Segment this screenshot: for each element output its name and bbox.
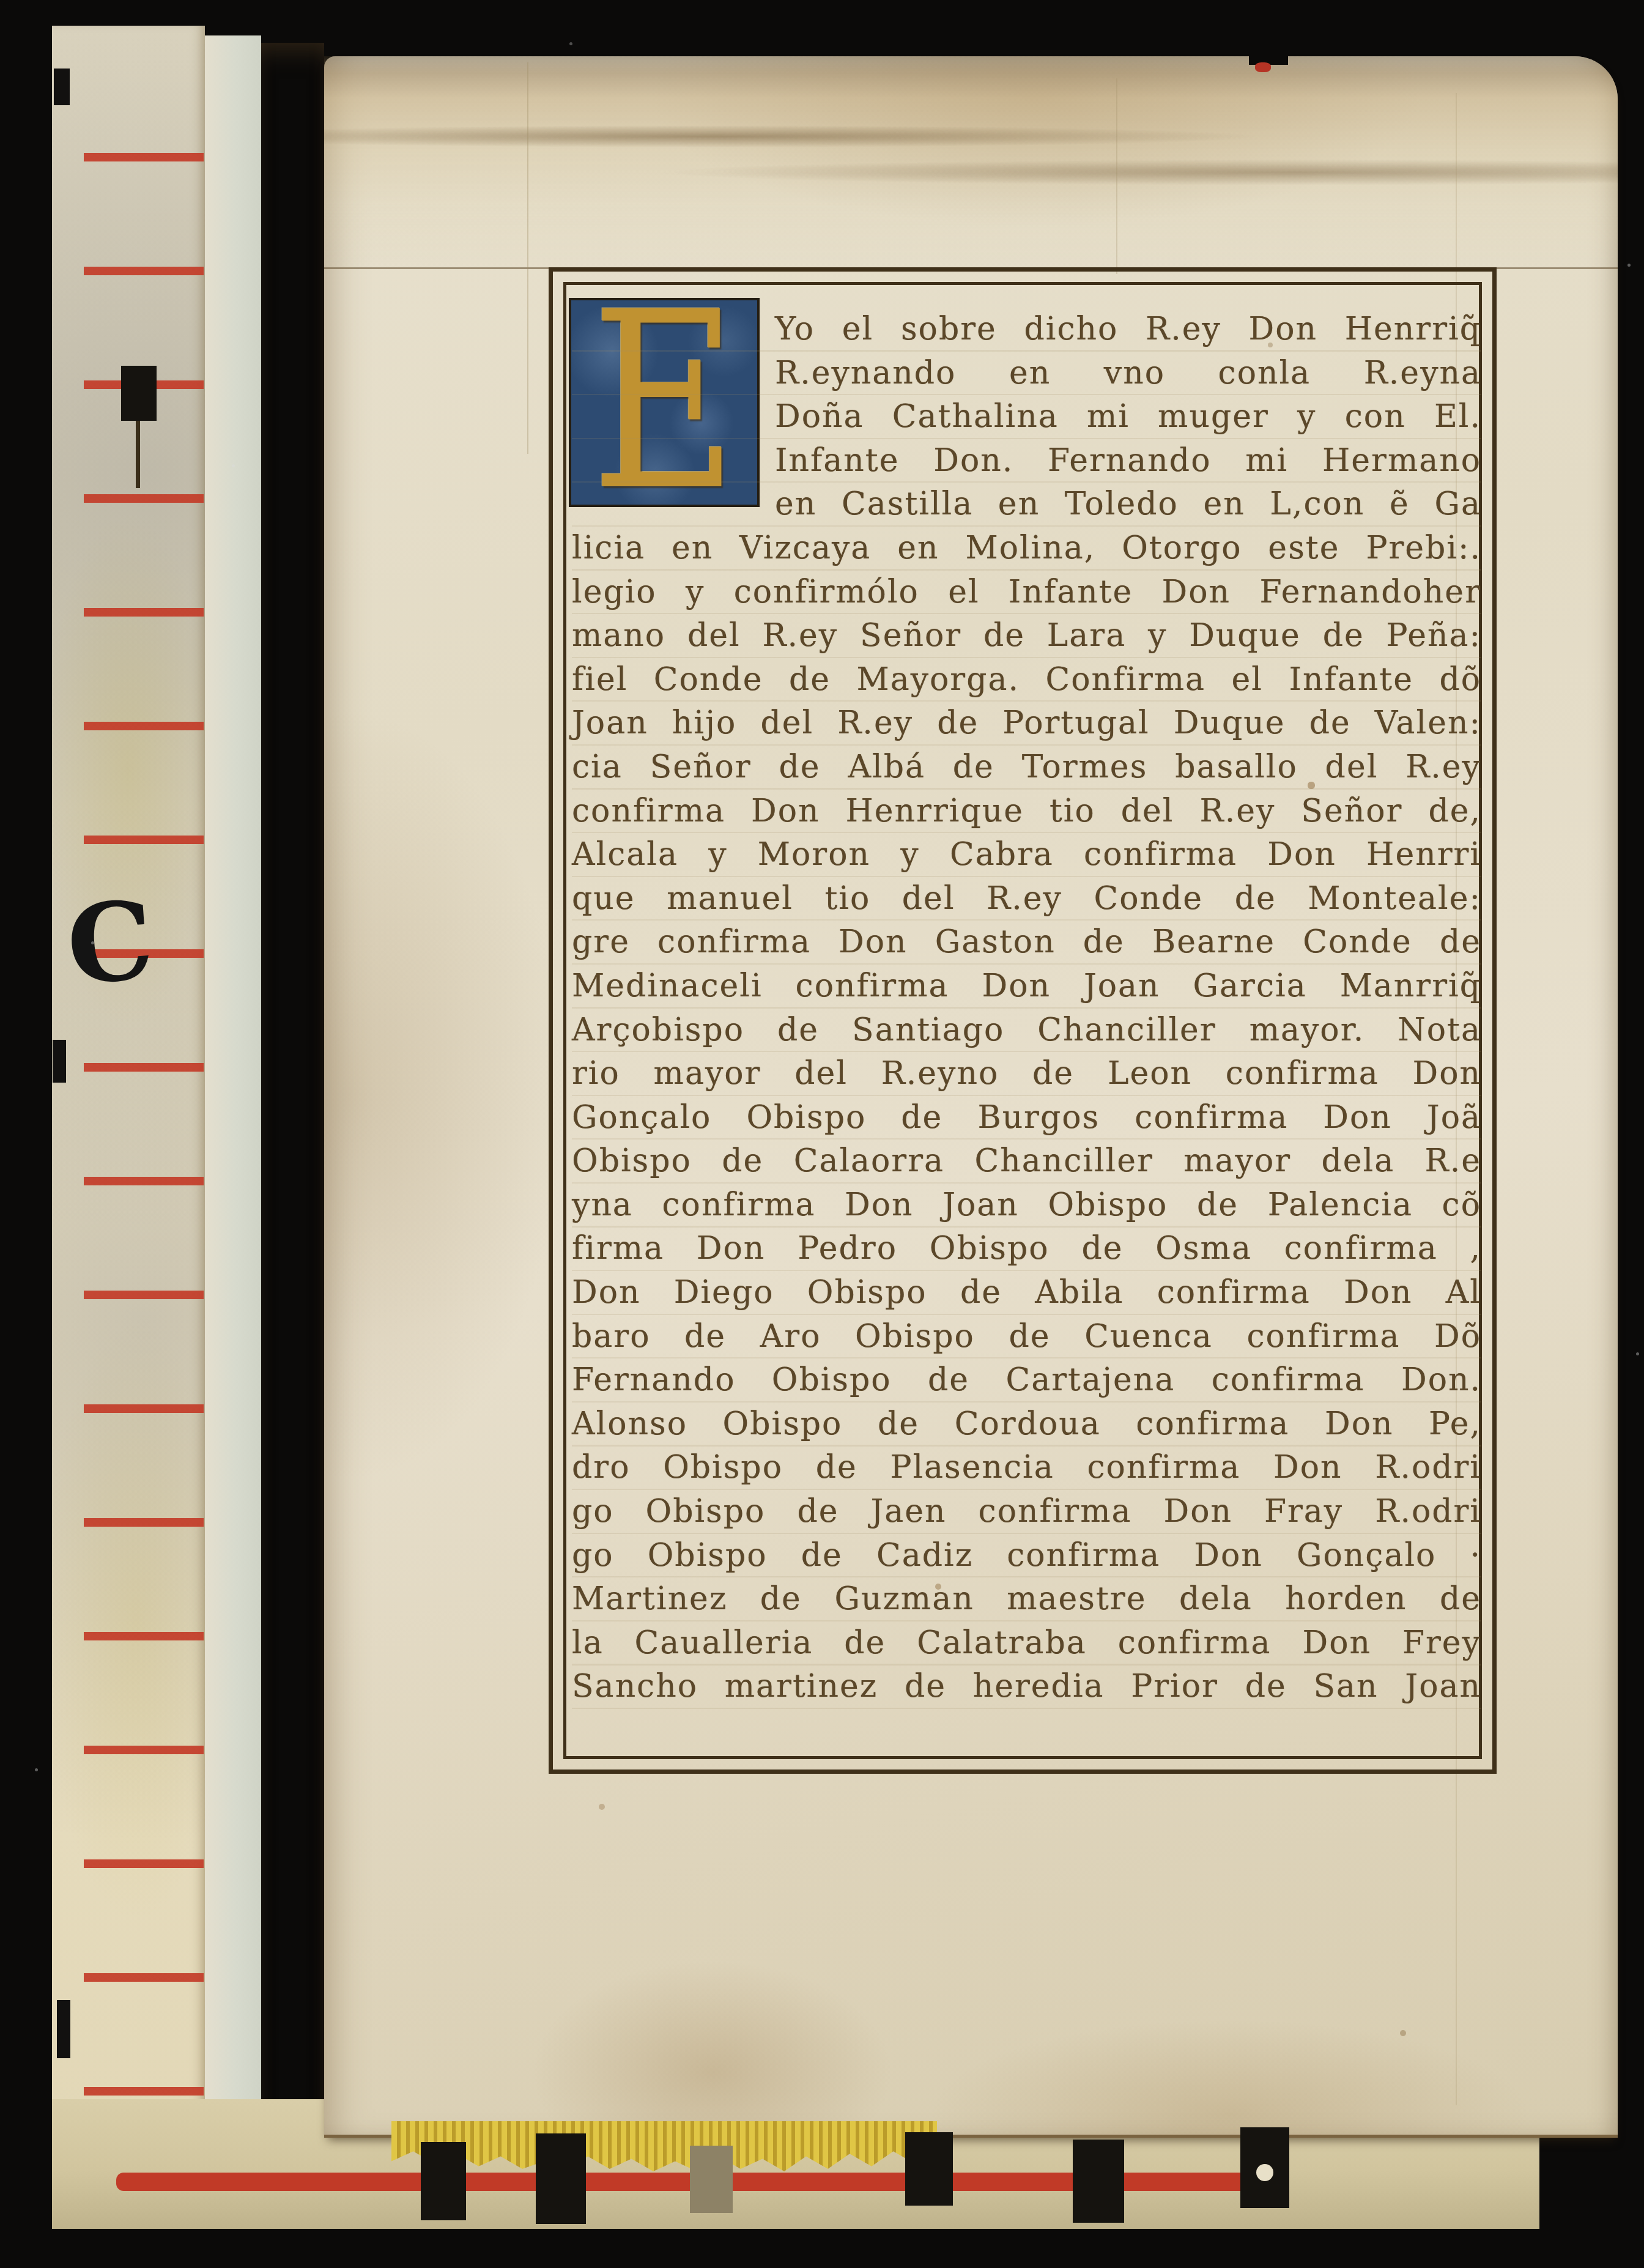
faded-neume-note: [690, 2146, 733, 2213]
text-line: Infante Don. Fernando mi Hermano: [572, 439, 1481, 483]
neume-note: [905, 2132, 953, 2206]
neume-note: [1240, 2127, 1289, 2208]
text-line: Joan hijo del R.ey de Portugal Duque de …: [572, 702, 1481, 746]
text-line: yna confirma Don Joan Obispo de Palencia…: [572, 1184, 1481, 1228]
dust-specks: [0, 0, 2, 2]
c-clef-glyph: C: [63, 876, 193, 1007]
text-line: gre confirma Don Gaston de Bearne Conde …: [572, 921, 1481, 965]
cropped-glyph-mark: [54, 69, 70, 105]
text-line: Arçobispo de Santiago Chanciller mayor. …: [572, 1009, 1481, 1053]
text-line: rio mayor del R.eyno de Leon confirma Do…: [572, 1052, 1481, 1096]
text-line: licia en Vizcaya en Molina, Otorgo este …: [572, 527, 1481, 571]
text-line: que manuel tio del R.ey Conde de Monteal…: [572, 877, 1481, 921]
text-line: Medinaceli confirma Don Joan Garcia Manr…: [572, 965, 1481, 1009]
note-void-dot: [1256, 2164, 1273, 2181]
text-line: Fernando Obispo de Cartajena confirma Do…: [572, 1358, 1481, 1403]
text-line: Obispo de Calaorra Chanciller mayor dela…: [572, 1140, 1481, 1184]
text-line: go Obispo de Jaen confirma Don Fray R.od…: [572, 1490, 1481, 1534]
manuscript-text-block: Yo el sobre dicho R.ey Don Henrriq̃ R.ey…: [572, 308, 1481, 1709]
text-line: fiel Conde de Mayorga. Confirma el Infan…: [572, 658, 1481, 702]
stain-speckles: [324, 56, 327, 59]
text-line: confirma Don Henrrique tio del R.ey Seño…: [572, 790, 1481, 834]
text-line: Sancho martinez de heredia Prior de San …: [572, 1665, 1481, 1709]
text-line: R.eynando en vno conla R.eyna: [572, 352, 1481, 396]
chant-page-strip: C: [52, 26, 205, 2153]
text-line: cia Señor de Albá de Tormes basallo del …: [572, 746, 1481, 790]
text-line: Doña Cathalina mi muger y con El.: [572, 395, 1481, 439]
guard-page-edge: [205, 35, 261, 2147]
text-line: mano del R.ey Señor de Lara y Duque de P…: [572, 614, 1481, 658]
text-line: baro de Aro Obispo de Cuenca confirma Dõ: [572, 1315, 1481, 1359]
neume-note: [421, 2142, 466, 2220]
top-edge-notch: [1249, 17, 1288, 65]
neume-note: [536, 2133, 586, 2224]
cropped-glyph-mark: [53, 1040, 66, 1083]
cropped-glyph-mark: [57, 2000, 70, 2058]
text-line: Alonso Obispo de Cordoua confirma Don Pe…: [572, 1403, 1481, 1447]
text-line: en Castilla en Toledo en L,con ẽ Ga: [572, 483, 1481, 527]
crease-line: [1116, 78, 1117, 274]
neume-note: [1073, 2140, 1124, 2223]
red-edge-mark: [1255, 62, 1271, 72]
red-staff-lines: [84, 153, 204, 2153]
text-line: dro Obispo de Plasencia confirma Don R.o…: [572, 1446, 1481, 1490]
text-line: Don Diego Obispo de Abila confirma Don A…: [572, 1271, 1481, 1315]
stacked-leaf-edges: [261, 43, 324, 2147]
manuscript-photo: C E Yo el sobre dicho R.ey Don Henrriq̃ …: [0, 0, 1644, 2268]
text-line: la Caualleria de Calatraba confirma Don …: [572, 1621, 1481, 1666]
text-line: Alcala y Moron y Cabra confirma Don Henr…: [572, 833, 1481, 877]
crease-line: [527, 62, 528, 454]
text-line: Yo el sobre dicho R.ey Don Henrriq̃: [572, 308, 1481, 352]
neume-note: [121, 366, 157, 421]
text-line: firma Don Pedro Obispo de Osma confirma …: [572, 1227, 1481, 1271]
text-line: Martinez de Guzman maestre dela horden d…: [572, 1577, 1481, 1621]
neume-note-stem: [136, 421, 140, 488]
browned-top-edge: [324, 56, 1618, 269]
text-line: go Obispo de Cadiz confirma Don Gonçalo …: [572, 1534, 1481, 1578]
text-line: Gonçalo Obispo de Burgos confirma Don Jo…: [572, 1096, 1481, 1140]
text-line: legio y confirmólo el Infante Don Fernan…: [572, 571, 1481, 615]
